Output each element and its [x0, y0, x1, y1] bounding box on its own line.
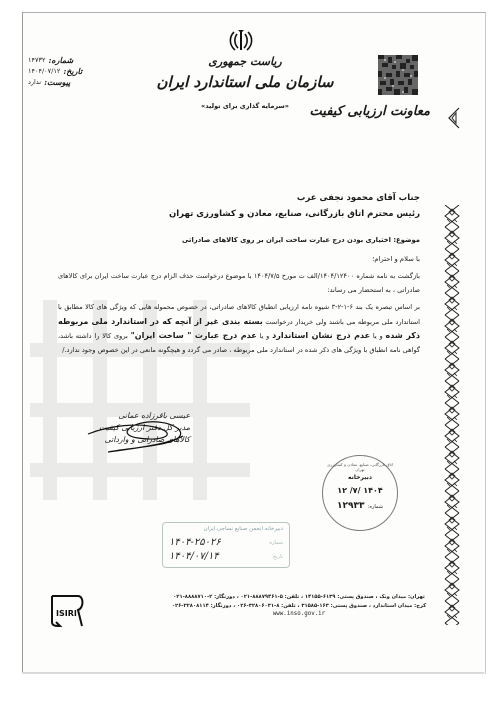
- inso-logo-icon: ISIRI: [48, 594, 86, 628]
- stamp-ring-text: اتاق بازرگانی، صنایع، معادن و کشاورزی ته…: [323, 462, 397, 472]
- recipient-name: جناب آقای محمود نجفی عرب: [120, 190, 420, 206]
- footer-contacts: تهران: میدان ونک ، صندوق پستی: ۶۱۳۹-۱۴۱۵…: [160, 593, 438, 619]
- rstamp-title: دبیرخانه انجمن صنایع نساجی ایران: [204, 526, 283, 532]
- svg-text:ISIRI: ISIRI: [56, 609, 77, 618]
- number-value: ۱۴۷۳۲: [28, 55, 45, 66]
- number-label: شماره:: [48, 55, 73, 66]
- textile-association-stamp: دبیرخانه انجمن صنایع نساجی ایران شماره ۱…: [162, 522, 290, 568]
- organization-name: سازمان ملی استاندارد ایران: [140, 73, 350, 91]
- body-paragraph-2: بر اساس تبصره یک بند ۶-۱-۲-۳ شیوه نامه ا…: [58, 301, 420, 357]
- rstamp-number: ۱۴۰۴-۲۵۰۲۶: [169, 537, 221, 548]
- stamp-number-row: شماره: ۱۲۹۳۳: [323, 501, 397, 511]
- letter-meta: شماره:۱۴۷۳۲ تاریخ:۱۴۰۴/۰۷/۱۲ پیوست:ندارد: [28, 55, 118, 88]
- qr-code-icon: [378, 55, 418, 95]
- recipient: جناب آقای محمود نجفی عرب رئیس محترم اتاق…: [120, 190, 420, 222]
- date-label: تاریخ:: [63, 66, 82, 77]
- iran-emblem-icon: [228, 28, 254, 54]
- stamp-title: دبیرخانه: [323, 474, 397, 481]
- date-value: ۱۴۰۴/۰۷/۱۲: [28, 66, 60, 77]
- footer-karaj-address: کرج: میدان استاندارد ، صندوق پستی: ۱۶۳-۳…: [160, 602, 438, 611]
- presidency-title: ریاست جمهوری: [160, 55, 330, 68]
- rstamp-date-row: تاریخ ۱۴۰۴/۰۷/۱۴: [169, 551, 283, 562]
- department-mark-icon: [448, 107, 460, 129]
- greeting: با سلام و احترام؛: [120, 255, 420, 263]
- rstamp-number-label: شماره: [269, 540, 283, 546]
- decorative-border-icon: [444, 205, 460, 625]
- rstamp-date: ۱۴۰۴/۰۷/۱۴: [169, 551, 219, 562]
- footer-tehran-address: تهران: میدان ونک ، صندوق پستی: ۶۱۳۹-۱۴۱۵…: [160, 593, 438, 602]
- stamp-date: ۱۴۰۴ /۷/ ۱۲: [323, 486, 397, 495]
- paragraph2-emphasis: عدم درج عبارت " ساخت ایران": [131, 331, 257, 340]
- signature-scribble-icon: [68, 408, 228, 460]
- body-paragraph-1: بازگشت به نامه شماره ۱۴۰۴/۱۲۴۰۰/الف ت مو…: [58, 270, 420, 297]
- secretariat-round-stamp: اتاق بازرگانی، صنایع، معادن و کشاورزی ته…: [322, 455, 398, 531]
- letter-subject: موضوع: اختیاری بودن درج عبارت ساخت ایران…: [90, 236, 420, 244]
- attachment-value: ندارد: [28, 77, 41, 88]
- rstamp-date-label: تاریخ: [273, 554, 283, 560]
- attachment-label: پیوست:: [44, 77, 70, 88]
- department-name: معاونت ارزیابی کیفیت: [290, 104, 430, 119]
- rstamp-number-row: شماره ۱۴۰۴-۲۵۰۲۶: [169, 537, 283, 548]
- page-bottom-edge: [22, 672, 484, 673]
- paragraph2-text: و یا: [370, 332, 385, 340]
- recipient-title: رئیس محترم اتاق بازرگانی، صنایع، معادن و…: [120, 206, 420, 222]
- paragraph2-emphasis: عدم درج نشان استاندارد: [272, 331, 370, 340]
- paragraph2-text: و یا: [257, 332, 272, 340]
- stamp-number: ۱۲۹۳۳: [337, 501, 364, 511]
- stamp-number-label: شماره:: [368, 504, 383, 510]
- footer-website-link[interactable]: www.inso.gov.ir: [160, 610, 438, 619]
